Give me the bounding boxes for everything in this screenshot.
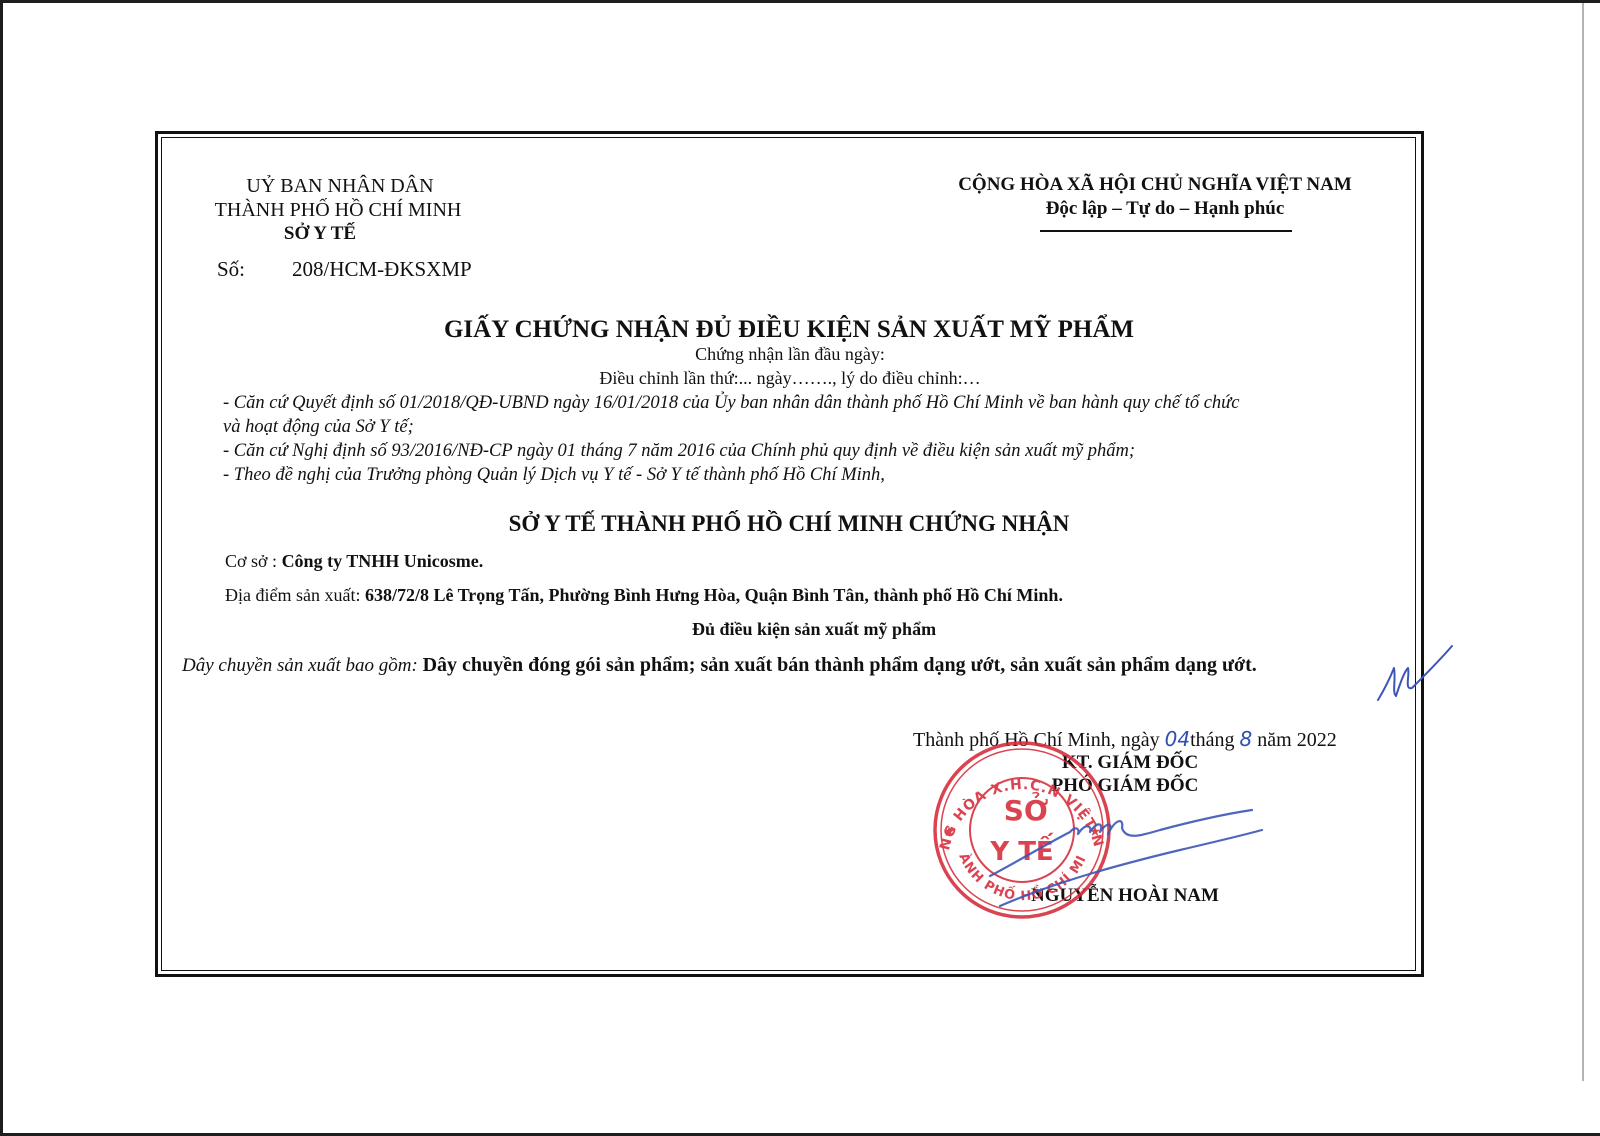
place-and-date: Thành phố Hồ Chí Minh, ngày 04tháng 8 nă…	[913, 729, 1337, 750]
location-row: Địa điểm sản xuất: 638/72/8 Lê Trọng Tấn…	[225, 586, 1063, 604]
first-certification-line: Chứng nhận lần đầu ngày:	[695, 345, 885, 363]
document-number-value: 208/HCM-ĐKSXMP	[292, 259, 472, 280]
signatory-role-2: PHÓ GIÁM ĐỐC	[1052, 776, 1199, 795]
document-number-label: Số:	[217, 259, 245, 280]
signatory-name: NGUYỄN HOÀI NAM	[1031, 886, 1219, 905]
national-header-line-1: CỘNG HÒA XÃ HỘI CHỦ NGHĨA VIỆT NAM	[958, 175, 1352, 194]
national-header-motto: Độc lập – Tự do – Hạnh phúc	[1046, 199, 1285, 218]
adjustment-line: Điều chỉnh lần thứ:... ngày……., lý do đi…	[599, 369, 980, 387]
production-lines-label: Dây chuyền sản xuất bao gồm:	[182, 655, 423, 676]
qualified-statement: Đủ điều kiện sản xuất mỹ phẩm	[692, 620, 936, 638]
legal-basis-2: - Căn cứ Nghị định số 93/2016/NĐ-CP ngày…	[223, 442, 1135, 461]
legal-basis-1-continued: và hoạt động của Sở Y tế;	[223, 418, 414, 437]
location-label: Địa điểm sản xuất:	[225, 585, 365, 605]
date-month-label: tháng	[1190, 729, 1239, 751]
issuer-line-2: THÀNH PHỐ HỒ CHÍ MINH	[215, 200, 462, 220]
certificate-page: UỶ BAN NHÂN DÂN THÀNH PHỐ HỒ CHÍ MINH SỞ…	[0, 0, 1600, 1136]
certifies-heading: SỞ Y TẾ THÀNH PHỐ HỒ CHÍ MINH CHỨNG NHẬN	[509, 512, 1070, 535]
handwritten-month: 8	[1240, 727, 1253, 751]
issuer-line-3: SỞ Y TẾ	[284, 224, 356, 243]
location-value: 638/72/8 Lê Trọng Tấn, Phường Bình Hưng …	[365, 585, 1063, 605]
production-lines-value: Dây chuyền đóng gói sản phẩm; sản xuất b…	[423, 654, 1257, 676]
facility-label: Cơ sở :	[225, 551, 282, 571]
legal-basis-3: - Theo đề nghị của Trưởng phòng Quản lý …	[223, 466, 885, 485]
date-prefix: Thành phố Hồ Chí Minh, ngày	[913, 729, 1165, 751]
legal-basis-1: - Căn cứ Quyết định số 01/2018/QĐ-UBND n…	[223, 394, 1239, 413]
date-year: năm 2022	[1252, 729, 1336, 751]
facility-value: Công ty TNHH Unicosme.	[282, 551, 484, 571]
signatory-role-1: KT. GIÁM ĐỐC	[1062, 753, 1198, 772]
production-lines-row: Dây chuyền sản xuất bao gồm: Dây chuyền …	[182, 655, 1257, 675]
header-underline	[1040, 230, 1292, 232]
issuer-line-1: UỶ BAN NHÂN DÂN	[246, 176, 433, 196]
facility-row: Cơ sở : Công ty TNHH Unicosme.	[225, 552, 483, 570]
certificate-title: GIẤY CHỨNG NHẬN ĐỦ ĐIỀU KIỆN SẢN XUẤT MỸ…	[444, 317, 1134, 342]
handwritten-day: 04	[1165, 727, 1190, 751]
